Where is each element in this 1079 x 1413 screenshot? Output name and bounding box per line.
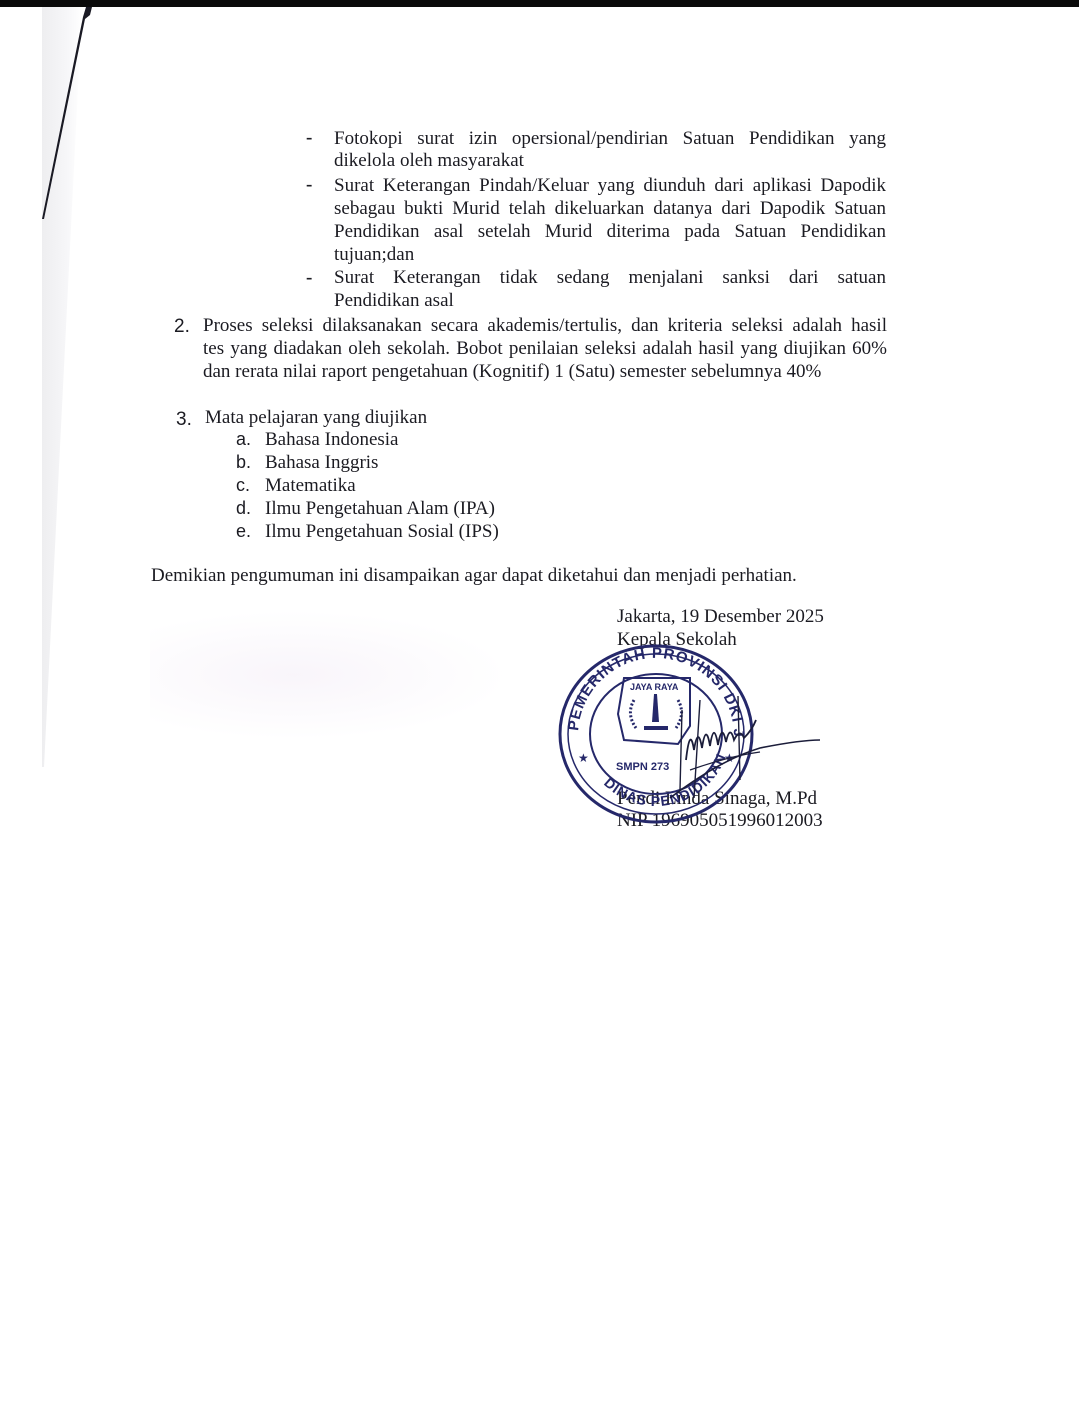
point-2-line-1: Proses seleksi dilaksanakan secara akade… <box>203 314 887 337</box>
subject-item: Bahasa Indonesia <box>265 428 398 451</box>
page-edge-line <box>40 7 100 222</box>
handwritten-signature <box>660 690 830 800</box>
subject-item: Ilmu Pengetahuan Sosial (IPS) <box>265 520 499 543</box>
bullet-2-line-4: tujuan;dan <box>334 243 414 266</box>
stamp-star-icon: ★ <box>578 751 589 765</box>
bullet-1-line-1: Fotokopi surat izin opersional/pendirian… <box>334 127 886 150</box>
subject-letter: e. <box>236 521 251 542</box>
bullet-2-line-2: sebagau bukti Murid telah dikeluarkan da… <box>334 197 886 220</box>
bullet-dash: - <box>306 127 312 149</box>
point-2-number: 2. <box>174 316 190 338</box>
subject-letter: a. <box>236 429 251 450</box>
place-date: Jakarta, 19 Desember 2025 <box>617 605 824 628</box>
bullet-3-line-2: Pendidikan asal <box>334 289 454 312</box>
subject-item: Ilmu Pengetahuan Alam (IPA) <box>265 497 495 520</box>
bullet-2-line-1: Surat Keterangan Pindah/Keluar yang diun… <box>334 174 886 197</box>
point-2-line-3: dan rerata nilai raport pengetahuan (Kog… <box>203 360 821 383</box>
subject-item: Matematika <box>265 474 356 497</box>
subject-letter: c. <box>236 475 250 496</box>
closing-statement: Demikian pengumuman ini disampaikan agar… <box>151 564 797 587</box>
subject-letter: b. <box>236 452 251 473</box>
bullet-2-line-3: Pendidikan asal setelah Murid diterima p… <box>334 220 886 243</box>
point-3-number: 3. <box>176 409 192 431</box>
bullet-3-line-1: Surat Keterangan tidak sedang menjalani … <box>334 266 886 289</box>
subject-item: Bahasa Inggris <box>265 451 378 474</box>
bullet-1-line-2: dikelola oleh masyarakat <box>334 149 524 172</box>
faint-stamp-bleed <box>150 610 510 740</box>
subject-letter: d. <box>236 498 251 519</box>
top-black-bar <box>0 0 1079 7</box>
bullet-dash: - <box>306 174 312 196</box>
point-3-title: Mata pelajaran yang diujikan <box>205 406 427 429</box>
bullet-dash: - <box>306 267 312 289</box>
point-2-line-2: tes yang diadakan oleh sekolah. Bobot pe… <box>203 337 887 360</box>
